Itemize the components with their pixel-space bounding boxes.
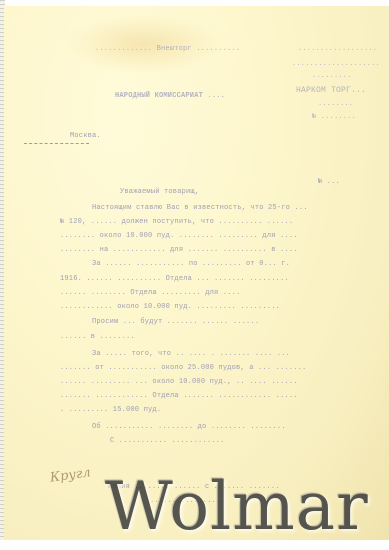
body-line: Об ........... ........ до ........ ....… <box>92 423 286 431</box>
body-line: Просим ... будут ....... ...... ...... <box>92 318 259 326</box>
stamp-line-2: .................... <box>292 60 380 68</box>
stamp-line-6: № ........ <box>312 113 356 121</box>
document-title: НАРОДНЫЙ КОМИССАРИАТ .... <box>115 92 225 100</box>
stamp-line-3: ......... <box>312 72 352 80</box>
addressee: Москва. <box>70 132 101 140</box>
body-line: ...... ........ Отдела ......... для ...… <box>60 289 240 297</box>
body-line: ...... в ........ <box>60 333 135 341</box>
addressee-underline <box>24 143 89 144</box>
body-line: № 120, ...... должен поступить, что ....… <box>60 218 293 226</box>
stamp-line-5: ........ <box>318 100 353 108</box>
body-line: . ......... 15.000 пуд. <box>60 406 161 414</box>
body-line: ...... ......... ... около 10.000 пуд., … <box>60 378 298 386</box>
body-line: ....... ............ Отдела ....... ....… <box>60 392 298 400</box>
paper-stain <box>64 14 224 74</box>
body-line: За ..... того, что .. .... . ....... ...… <box>92 350 290 358</box>
page-edge <box>0 540 389 550</box>
salutation: Уважаемый товарищ, <box>120 188 199 196</box>
body-line: ....... от ........... около 25.000 пудо… <box>60 364 306 372</box>
body-line: 1916. ...... .......... Отдела ... .....… <box>60 275 289 283</box>
stamp-line-1: .................. <box>298 45 377 53</box>
stamp-line-4: НАРКОМ ТОРГ... <box>296 86 366 95</box>
body-line: С ........... ............ <box>110 437 224 445</box>
header-left: ............. Внешторг .......... <box>95 45 240 53</box>
body-line: Настоящим ставлю Вас в известность, что … <box>92 204 308 212</box>
date-mark: № ... <box>318 178 340 186</box>
body-line: За ...... ........... по ......... от 0.… <box>92 260 290 268</box>
body-line: ........ на ............ для ....... ...… <box>60 246 298 254</box>
body-line: ............ около 10.000 пуд. .........… <box>60 303 280 311</box>
body-line: ........ около 10.000 пуд. ........ ....… <box>60 232 298 240</box>
watermark: Wolmar <box>105 468 369 545</box>
